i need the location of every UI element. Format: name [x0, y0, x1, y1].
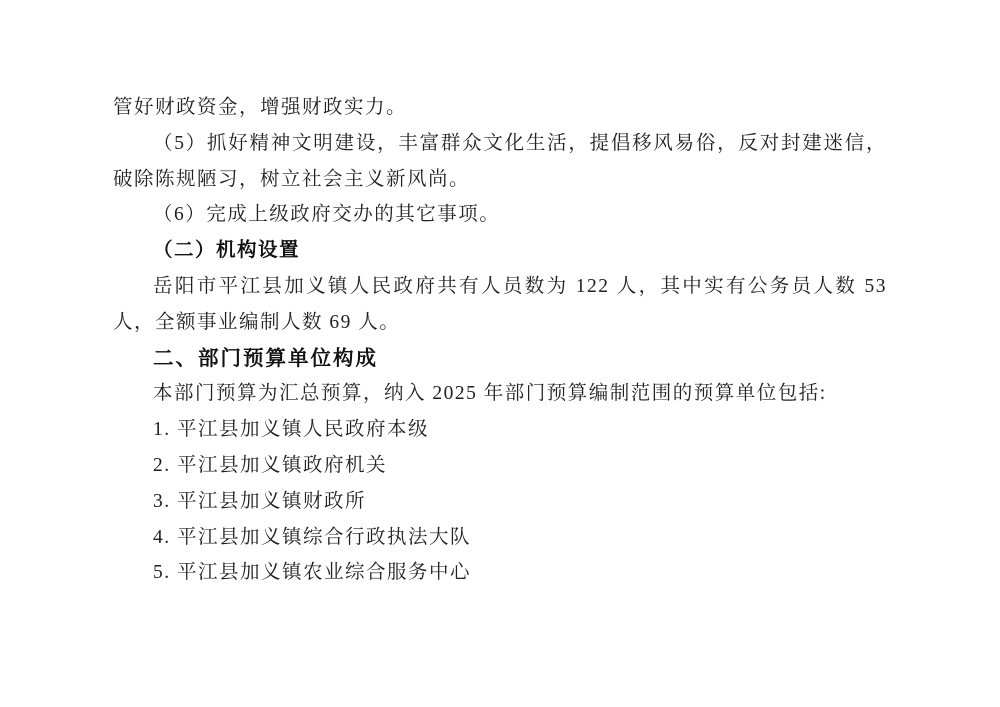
list-item-budget-unit-3: 3. 平江县加义镇财政所	[113, 484, 887, 520]
paragraph-finance-continuation: 管好财政资金，增强财政实力。	[113, 90, 887, 126]
document-page: 管好财政资金，增强财政实力。 （5）抓好精神文明建设，丰富群众文化生活，提倡移风…	[0, 0, 1000, 707]
paragraph-budget-scope-intro: 本部门预算为汇总预算，纳入 2025 年部门预算编制范围的预算单位包括:	[113, 376, 887, 412]
paragraph-duty-item-5: （5）抓好精神文明建设，丰富群众文化生活，提倡移风易俗，反对封建迷信，破除陈规陋…	[113, 126, 887, 198]
list-item-budget-unit-5: 5. 平江县加义镇农业综合服务中心	[113, 555, 887, 591]
list-item-budget-unit-4: 4. 平江县加义镇综合行政执法大队	[113, 520, 887, 556]
document-content: 管好财政资金，增强财政实力。 （5）抓好精神文明建设，丰富群众文化生活，提倡移风…	[113, 90, 887, 591]
paragraph-duty-item-6: （6）完成上级政府交办的其它事项。	[113, 197, 887, 233]
list-item-budget-unit-1: 1. 平江县加义镇人民政府本级	[113, 412, 887, 448]
subsection-heading-organization-setup: （二）机构设置	[113, 233, 887, 269]
list-item-budget-unit-2: 2. 平江县加义镇政府机关	[113, 448, 887, 484]
paragraph-staffing-numbers: 岳阳市平江县加义镇人民政府共有人员数为 122 人，其中实有公务员人数 53 人…	[113, 269, 887, 341]
section-heading-budget-unit-composition: 二、部门预算单位构成	[113, 341, 887, 377]
